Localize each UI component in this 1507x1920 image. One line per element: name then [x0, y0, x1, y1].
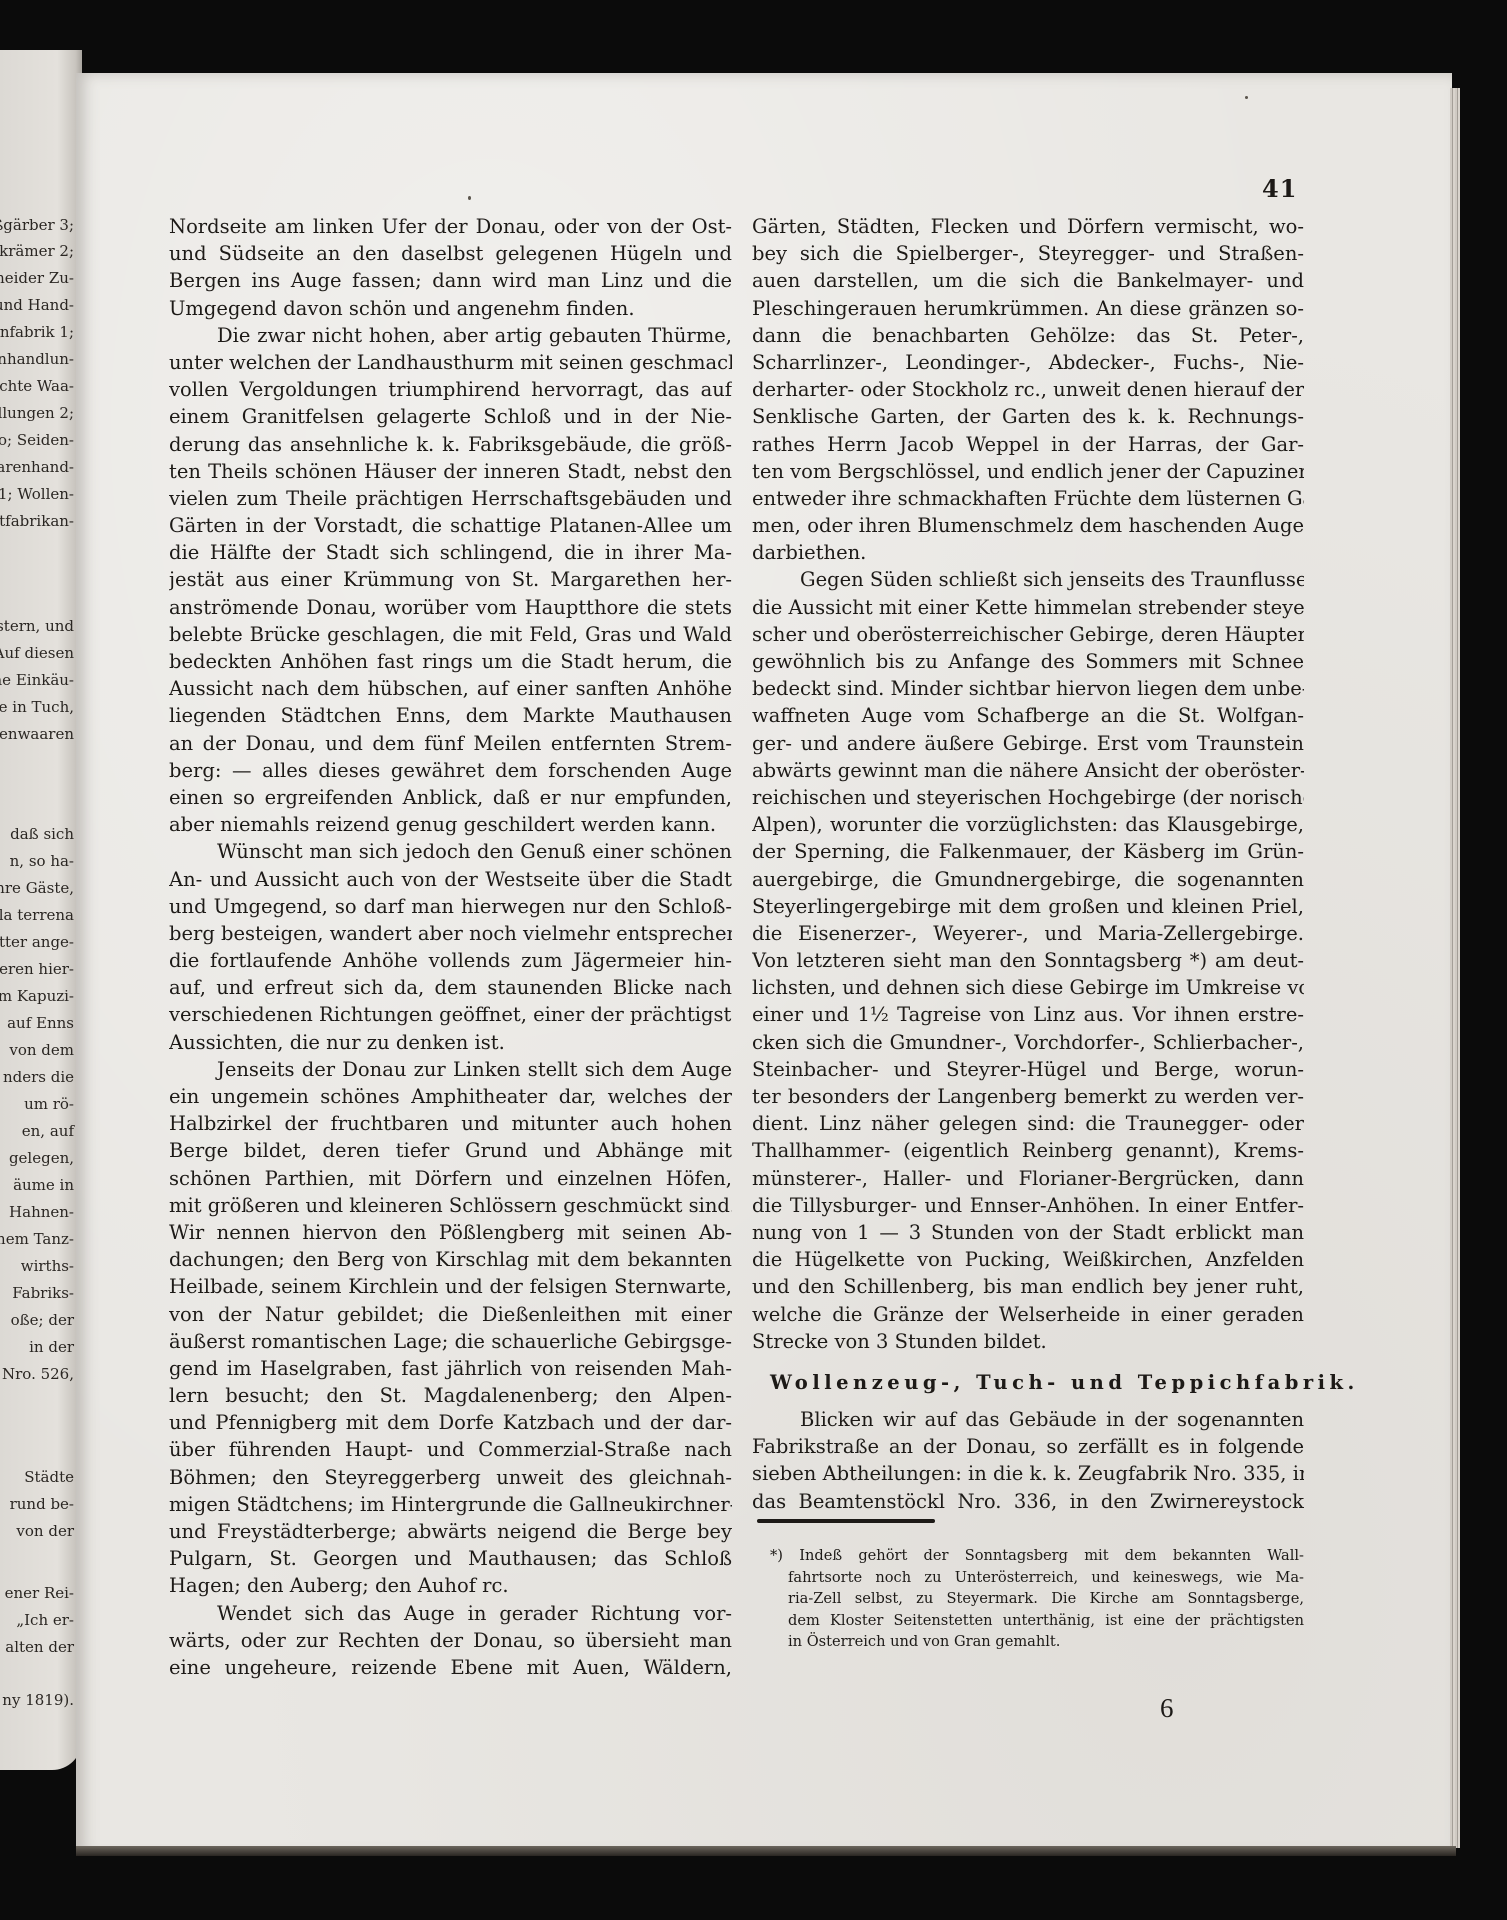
text-line: Gegen Süden schließt sich jenseits des T… — [752, 566, 1304, 593]
text-line: Heilbade, seinem Kirchlein und der felsi… — [169, 1273, 732, 1300]
page-bottom-shadow — [76, 1846, 1456, 1856]
left-page-text-fragment: renfabrik 1; — [0, 323, 74, 341]
left-page-text-fragment: Städte — [24, 1468, 74, 1486]
left-page-text-fragment: ndlungen 2; — [0, 404, 74, 422]
text-line: Steyerlingergebirge mit dem großen und k… — [752, 893, 1304, 920]
text-line: Wir nennen hiervon den Pößlengberg mit s… — [169, 1219, 732, 1246]
text-line: derung das ansehnliche k. k. Fabriksgebä… — [169, 431, 732, 458]
text-line: jestät aus einer Krümmung von St. Margar… — [169, 566, 732, 593]
text-line: ger- und andere äußere Gebirge. Erst vom… — [752, 730, 1304, 757]
left-page-text-fragment: daß sich — [10, 825, 74, 843]
text-line: Umgegend davon schön und angenehm finden… — [169, 295, 732, 322]
footnote: *) Indeß gehört der Sonntagsberg mit dem… — [770, 1545, 1304, 1653]
left-page-text-fragment: Hahnen- — [9, 1203, 74, 1221]
left-page-text-fragment: „Ich er- — [16, 1611, 74, 1629]
text-line: derharter- oder Stockholz rc., unweit de… — [752, 376, 1304, 403]
text-line: schönen Parthien, mit Dörfern und einzel… — [169, 1165, 732, 1192]
text-line: anströmende Donau, worüber vom Hauptthor… — [169, 594, 732, 621]
page-stack-edge — [1450, 88, 1460, 1848]
text-line: und Pfennigberg mit dem Dorfe Katzbach u… — [169, 1409, 732, 1436]
left-page-text-fragment: rund be- — [10, 1495, 74, 1513]
text-line: auen darstellen, um die sich die Bankelm… — [752, 267, 1304, 294]
text-line: lern besucht; den St. Magdalenenberg; de… — [169, 1382, 732, 1409]
left-page-text-fragment: metfabrikan- — [0, 512, 74, 530]
text-line: gewöhnlich bis zu Anfange des Sommers mi… — [752, 648, 1304, 675]
text-line: dient. Linz näher gelegen sind: die Trau… — [752, 1110, 1304, 1137]
text-line: liegenden Städtchen Enns, dem Markte Mau… — [169, 702, 732, 729]
text-line: bey sich die Spielberger-, Steyregger- u… — [752, 240, 1304, 267]
text-line: waffneten Auge vom Schafberge an die St.… — [752, 702, 1304, 729]
text-line: Gärten, Städten, Flecken und Dörfern ver… — [752, 213, 1304, 240]
footnote-divider — [757, 1519, 935, 1523]
text-line: mit größeren und kleineren Schlössern ge… — [169, 1192, 732, 1219]
text-line: ein ungemein schönes Amphitheater dar, w… — [169, 1083, 732, 1110]
facing-left-page: ißgärber 3;zelkrämer 2;hneider Zu-n und … — [0, 50, 82, 1770]
left-page-text-fragment: ener Rei- — [5, 1584, 74, 1602]
text-line: äußerst romantischen Lage; die schauerli… — [169, 1328, 732, 1355]
text-line: dachungen; den Berg von Kirschlag mit de… — [169, 1246, 732, 1273]
footnote-line: dem Kloster Seitenstetten unterthänig, i… — [770, 1610, 1304, 1632]
text-line: aber niemahls reizend genug geschildert … — [169, 811, 732, 838]
text-line: Die zwar nicht hohen, aber artig gebaute… — [169, 322, 732, 349]
footnote-line: *) Indeß gehört der Sonntagsberg mit dem… — [770, 1545, 1304, 1567]
left-page-text-fragment: in der — [29, 1338, 74, 1356]
text-line: Berge bildet, deren tiefer Grund und Abh… — [169, 1137, 732, 1164]
text-line: verschiedenen Richtungen geöffnet, einer… — [169, 1001, 732, 1028]
text-line: unter welchen der Landhausthurm mit sein… — [169, 349, 732, 376]
left-page-text-fragment: zelkrämer 2; — [0, 242, 74, 260]
text-column-right: Gärten, Städten, Flecken und Dörfern ver… — [752, 213, 1304, 1515]
text-line: cken sich die Gmundner-, Vorchdorfer-, S… — [752, 1029, 1304, 1056]
left-page-text-fragment: nders die — [3, 1068, 74, 1086]
text-line: vielen zum Theile prächtigen Herrschafts… — [169, 485, 732, 512]
left-page-text-fragment: n und Hand- — [0, 296, 74, 314]
signature-mark: 6 — [1160, 1693, 1174, 1724]
text-line: Strecke von 3 Stunden bildet. — [752, 1328, 1304, 1355]
text-line: Halbzirkel der fruchtbaren und mitunter … — [169, 1110, 732, 1137]
text-line: einen so ergreifenden Anblick, daß er nu… — [169, 784, 732, 811]
text-line: wärts, oder zur Rechten der Donau, so üb… — [169, 1627, 732, 1654]
text-line: Jenseits der Donau zur Linken stellt sic… — [169, 1056, 732, 1083]
left-page-text-fragment: hneider Zu- — [0, 269, 74, 287]
text-line: men, oder ihren Blumenschmelz dem hasche… — [752, 512, 1304, 539]
text-line: und den Schillenberg, bis man endlich be… — [752, 1273, 1304, 1300]
text-line: der Sperning, die Falkenmauer, der Käsbe… — [752, 838, 1304, 865]
left-page-text-fragment: hre Gäste, — [0, 879, 74, 897]
text-column-left: Nordseite am linken Ufer der Donau, oder… — [169, 213, 732, 1681]
text-line: und Freystädterberge; abwärts neigend di… — [169, 1518, 732, 1545]
left-page-text-fragment: alten der — [5, 1638, 74, 1656]
left-page-text-fragment: mischte Waa- — [0, 377, 74, 395]
text-line: Wünscht man sich jedoch den Genuß einer … — [169, 838, 732, 865]
text-line: gend im Haselgraben, fast jährlich von r… — [169, 1355, 732, 1382]
text-line: Pulgarn, St. Georgen und Mauthausen; das… — [169, 1545, 732, 1572]
text-line: Aussicht nach dem hübschen, auf einer sa… — [169, 675, 732, 702]
text-line: An- und Aussicht auch von der Westseite … — [169, 866, 732, 893]
text-line: belebte Brücke geschlagen, die mit Feld,… — [169, 621, 732, 648]
left-page-text-fragment: oße; der — [11, 1311, 74, 1329]
section-heading: Wollenzeug-, Tuch- und Teppichfabrik. — [752, 1369, 1304, 1396]
text-line: welche die Gränze der Welserheide in ein… — [752, 1301, 1304, 1328]
text-line: die Tillysburger- und Ennser-Anhöhen. In… — [752, 1192, 1304, 1219]
left-page-text-fragment: Östern, und — [0, 617, 74, 635]
left-page-text-fragment: o; Seiden- — [0, 431, 74, 449]
footnote-line: ria-Zell selbst, zu Steyermark. Die Kirc… — [770, 1588, 1304, 1610]
text-line: Böhmen; den Steyreggerberg unweit des gl… — [169, 1464, 732, 1491]
text-line: entweder ihre schmackhaften Früchte dem … — [752, 485, 1304, 512]
left-page-text-fragment: etter ange- — [0, 933, 74, 951]
text-line: und Südseite an den daselbst gelegenen H… — [169, 240, 732, 267]
ink-speck — [1245, 96, 1248, 99]
left-page-text-fragment: sche Einkäu- — [0, 671, 74, 689]
left-page-text-fragment: von dem — [9, 1041, 74, 1059]
text-line: bedeckt sind. Minder sichtbar hiervon li… — [752, 675, 1304, 702]
ink-speck — [468, 196, 471, 200]
text-line: berg: — alles dieses gewähret dem forsch… — [169, 757, 732, 784]
text-line: Scharrlinzer-, Leondinger-, Abdecker-, F… — [752, 349, 1304, 376]
left-page-text-fragment: Nro. 526, — [2, 1365, 74, 1383]
text-line: Von letzteren sieht man den Sonntagsberg… — [752, 947, 1304, 974]
text-line: und Umgegend, so darf man hierwegen nur … — [169, 893, 732, 920]
text-line: dann die benachbarten Gehölze: das St. P… — [752, 322, 1304, 349]
text-line: rathes Herrn Jacob Weppel in der Harras,… — [752, 431, 1304, 458]
left-page-text-fragment: hem Tanz- — [0, 1230, 74, 1248]
text-line: münsterer-, Haller- und Florianer-Bergrü… — [752, 1165, 1304, 1192]
text-line: nung von 1 — 3 Stunden von der Stadt erb… — [752, 1219, 1304, 1246]
text-line: scher und oberösterreichischer Gebirge, … — [752, 621, 1304, 648]
left-page-text-fragment: ißgärber 3; — [0, 216, 74, 234]
text-line: Steinbacher- und Steyrer-Hügel und Berge… — [752, 1056, 1304, 1083]
text-line: Bergen ins Auge fassen; dann wird man Li… — [169, 267, 732, 294]
left-page-text-fragment: von der — [16, 1522, 74, 1540]
text-line: Thallhammer- (eigentlich Reinberg genann… — [752, 1137, 1304, 1164]
text-line: Fabrikstraße an der Donau, so zerfällt e… — [752, 1433, 1304, 1460]
text-line: das Beamtenstöckl Nro. 336, in den Zwirn… — [752, 1488, 1304, 1515]
left-page-text-fragment: alla terrena — [0, 906, 74, 924]
text-line: auf, und erfreut sich da, dem staunenden… — [169, 974, 732, 1001]
text-line: ter besonders der Langenberg bemerkt zu … — [752, 1083, 1304, 1110]
text-line: Hagen; den Auberg; den Auhof rc. — [169, 1572, 732, 1599]
text-line: ten Theils schönen Häuser der inneren St… — [169, 458, 732, 485]
text-line: vollen Vergoldungen triumphirend hervorr… — [169, 376, 732, 403]
text-line: sieben Abtheilungen: in die k. k. Zeugfa… — [752, 1460, 1304, 1487]
footnote-line: in Österreich und von Gran gemahlt. — [770, 1631, 1304, 1653]
text-line: Blicken wir auf das Gebäude in der sogen… — [752, 1406, 1304, 1433]
left-page-text-fragment: wirths- — [21, 1257, 74, 1275]
left-page-text-fragment: waarenhand- — [0, 458, 74, 476]
left-page-text-fragment: eisenhandlun- — [0, 350, 74, 368]
text-line: an der Donau, und dem fünf Meilen entfer… — [169, 730, 732, 757]
text-line: von der Natur gebildet; die Dießenleithe… — [169, 1301, 732, 1328]
footnote-line: fahrtsorte noch zu Unterösterreich, und … — [770, 1567, 1304, 1589]
text-line: Wendet sich das Auge in gerader Richtung… — [169, 1600, 732, 1627]
text-line: eine ungeheure, reizende Ebene mit Auen,… — [169, 1654, 732, 1681]
text-line: berg besteigen, wandert aber noch vielme… — [169, 920, 732, 947]
text-line: Pleschingerauen herumkrümmen. An diese g… — [752, 295, 1304, 322]
left-page-text-fragment: deren hier- — [0, 960, 74, 978]
left-page-text-fragment: e in Tuch, — [0, 698, 74, 716]
left-page-text-fragment: isenwaaren — [0, 725, 74, 743]
text-line: darbiethen. — [752, 539, 1304, 566]
text-line: die Eisenerzer-, Weyerer-, und Maria-Zel… — [752, 920, 1304, 947]
text-line: die Hügelkette von Pucking, Weißkirchen,… — [752, 1246, 1304, 1273]
left-page-text-fragment: um rö- — [24, 1095, 74, 1113]
left-page-text-fragment: ny 1819). — [2, 1691, 74, 1709]
left-page-text-fragment: äume in — [13, 1176, 74, 1194]
text-line: lichsten, und dehnen sich diese Gebirge … — [752, 974, 1304, 1001]
text-line: abwärts gewinnt man die nähere Ansicht d… — [752, 757, 1304, 784]
left-page-text-fragment: Fabriks- — [12, 1284, 74, 1302]
text-line: einer und 1½ Tagreise von Linz aus. Vor … — [752, 1001, 1304, 1028]
text-line: die Hälfte der Stadt sich schlingend, di… — [169, 539, 732, 566]
left-page-text-fragment: gelegen, — [9, 1149, 74, 1167]
text-line: Alpen), worunter die vorzüglichsten: das… — [752, 811, 1304, 838]
left-page-text-fragment: 1; Wollen- — [0, 485, 74, 503]
text-line: Senklische Garten, der Garten des k. k. … — [752, 403, 1304, 430]
text-line: Aussichten, die nur zu denken ist. — [169, 1029, 732, 1056]
text-line: Gärten in der Vorstadt, die schattige Pl… — [169, 512, 732, 539]
text-line: einem Granitfelsen gelagerte Schloß und … — [169, 403, 732, 430]
text-line: über führenden Haupt- und Commerzial-Str… — [169, 1436, 732, 1463]
left-page-text-fragment: en, auf — [22, 1122, 74, 1140]
text-line: Nordseite am linken Ufer der Donau, oder… — [169, 213, 732, 240]
text-line: die fortlaufende Anhöhe vollends zum Jäg… — [169, 947, 732, 974]
text-line: bedeckten Anhöhen fast rings um die Stad… — [169, 648, 732, 675]
left-page-text-fragment: . Auf diesen — [0, 644, 74, 662]
text-line: migen Städtchens; im Hintergrunde die Ga… — [169, 1491, 732, 1518]
page-number: 41 — [1262, 174, 1297, 203]
text-line: auergebirge, die Gmundnergebirge, die so… — [752, 866, 1304, 893]
left-page-text-fragment: m Kapuzi- — [0, 987, 74, 1005]
text-line: die Aussicht mit einer Kette himmelan st… — [752, 594, 1304, 621]
left-page-text-fragment: auf Enns — [7, 1014, 74, 1032]
text-line: ten vom Bergschlössel, und endlich jener… — [752, 458, 1304, 485]
left-page-text-fragment: n, so ha- — [10, 852, 74, 870]
text-line: reichischen und steyerischen Hochgebirge… — [752, 784, 1304, 811]
